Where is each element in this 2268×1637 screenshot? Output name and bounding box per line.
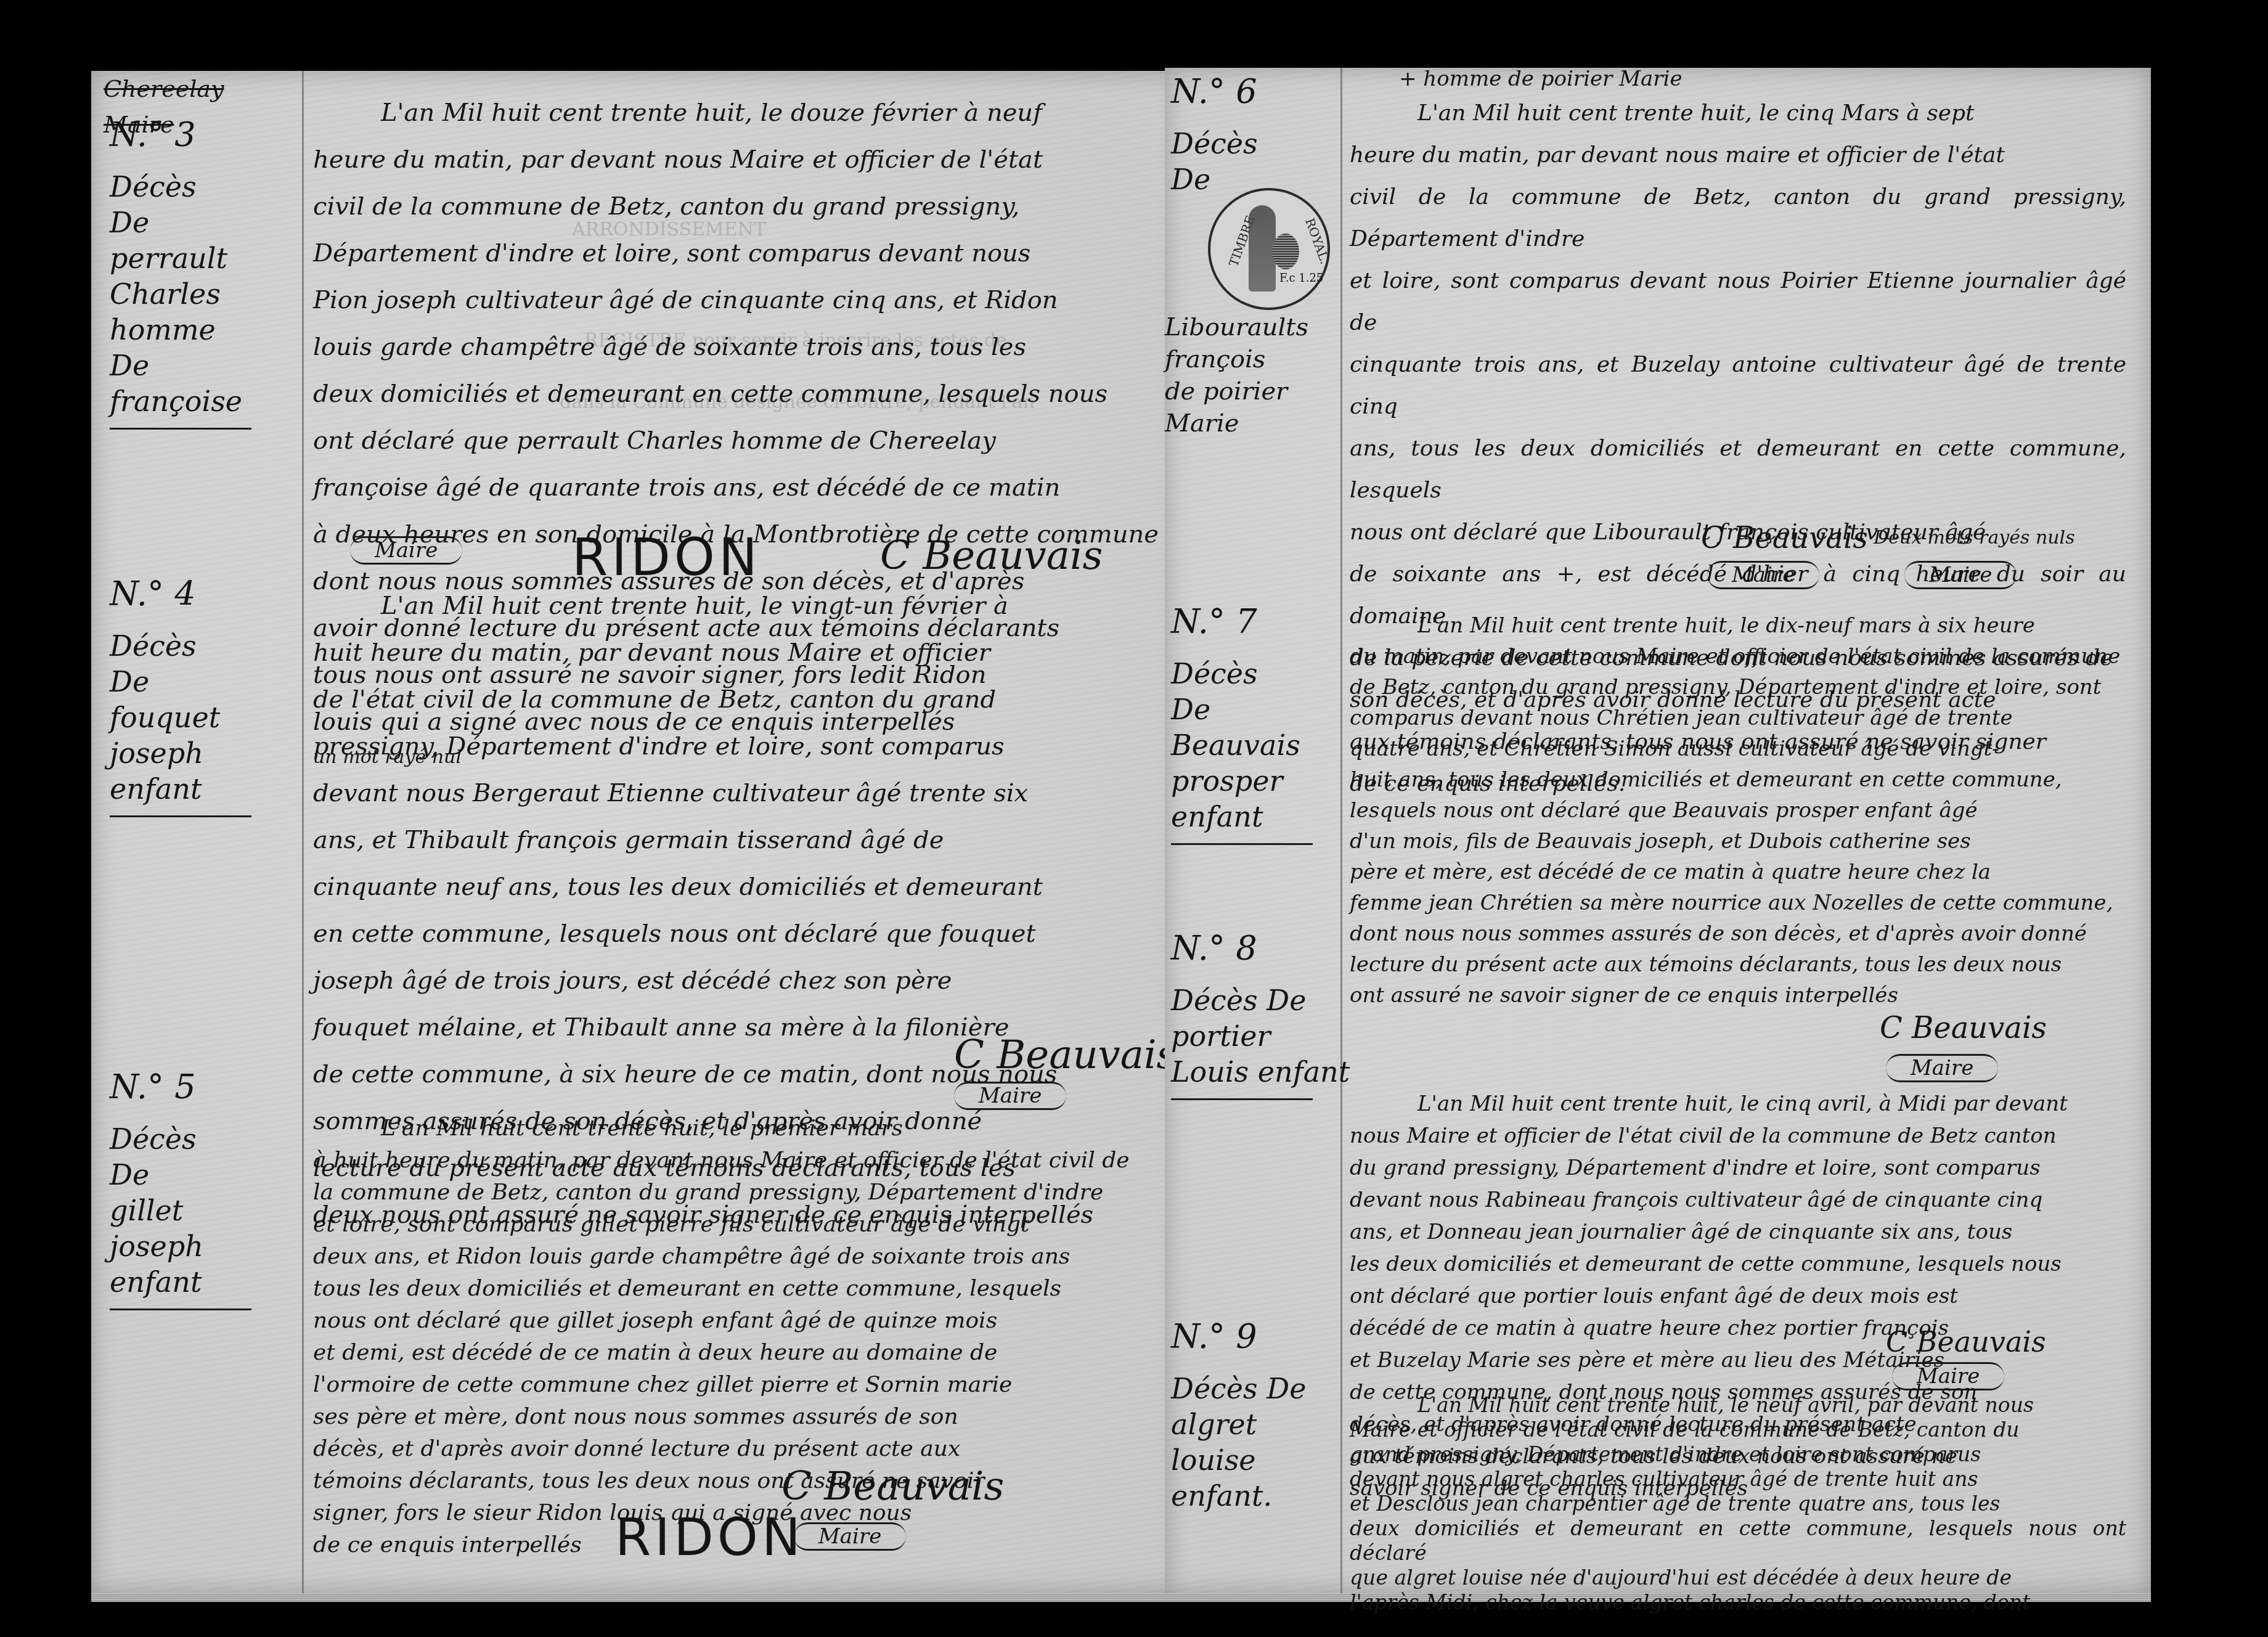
erasure-note: Deux mots rayés nuls <box>1874 527 2075 549</box>
margin-entry-5: N.° 5 Décès De gillet joseph enfant <box>110 1069 307 1310</box>
royal-tax-stamp: TIMBRE ROYAL. F.c 1.25 <box>1208 188 1330 310</box>
margin-entry-6-name: Libouraults françois de poirier Marie <box>1165 311 1362 439</box>
entry-number: N.° 3 <box>110 117 307 153</box>
marginal-addition: + homme de poirier Marie <box>1399 67 1683 91</box>
signature-beauvais: C Beauvais <box>954 1032 1177 1078</box>
death-act-5: L'an Mil huit cent trente huit, le premi… <box>313 1112 1176 1561</box>
margin-entry-6: N.° 6 Décès De <box>1171 74 1368 197</box>
mayor-paraphe: Maire <box>794 1522 906 1551</box>
stamp-price: F.c 1.25 <box>1279 272 1323 285</box>
mayor-paraphe: Maire <box>954 1082 1066 1110</box>
mayor-paraphe: Maire <box>1892 1362 2004 1390</box>
signature-beauvais: C Beauvais <box>1880 1011 2047 1045</box>
margin-entry-8: N.° 8 Décès De portier Louis enfant <box>1171 931 1368 1100</box>
signature-beauvais: C Beauvais <box>880 533 1103 579</box>
signature-beauvais: C Beauvais <box>1886 1325 2046 1358</box>
page-stack-edge <box>91 1593 1183 1602</box>
signature-ridon: RIDON <box>615 1507 804 1567</box>
mayor-paraphe: Maire <box>1886 1054 1998 1082</box>
margin-entry-7: N.° 7 Décès De Beauvais prosper enfant <box>1171 604 1368 845</box>
signature-ridon: RIDON <box>572 527 761 587</box>
mayor-paraphe: Maire <box>1707 561 1819 589</box>
shield-icon <box>1272 234 1299 269</box>
left-register-page: ARRONDISSEMENT REGISTRE pour servir à in… <box>91 71 1183 1593</box>
signature-beauvais: C Beauvais <box>781 1464 1004 1509</box>
mayor-paraphe: Maire <box>350 536 462 565</box>
mayor-paraphe: Maire <box>1904 561 2017 589</box>
margin-entry-3: N.° 3 Décès De perrault Charles homme De… <box>110 117 307 430</box>
death-act-7: L'an Mil huit cent trente huit, le dix-n… <box>1350 610 2126 1011</box>
margin-entry-9: N.° 9 Décès De algret louise enfant. <box>1171 1319 1368 1514</box>
right-register-page: TIMBRE ROYAL. F.c 1.25 + homme de poirie… <box>1165 68 2151 1593</box>
margin-entry-4: N.° 4 Décès De fouquet joseph enfant <box>110 576 307 817</box>
death-act-9: L'an Mil huit cent trente huit, le neuf … <box>1350 1393 2126 1615</box>
signature-beauvais: C Beauvais <box>1701 521 1868 555</box>
